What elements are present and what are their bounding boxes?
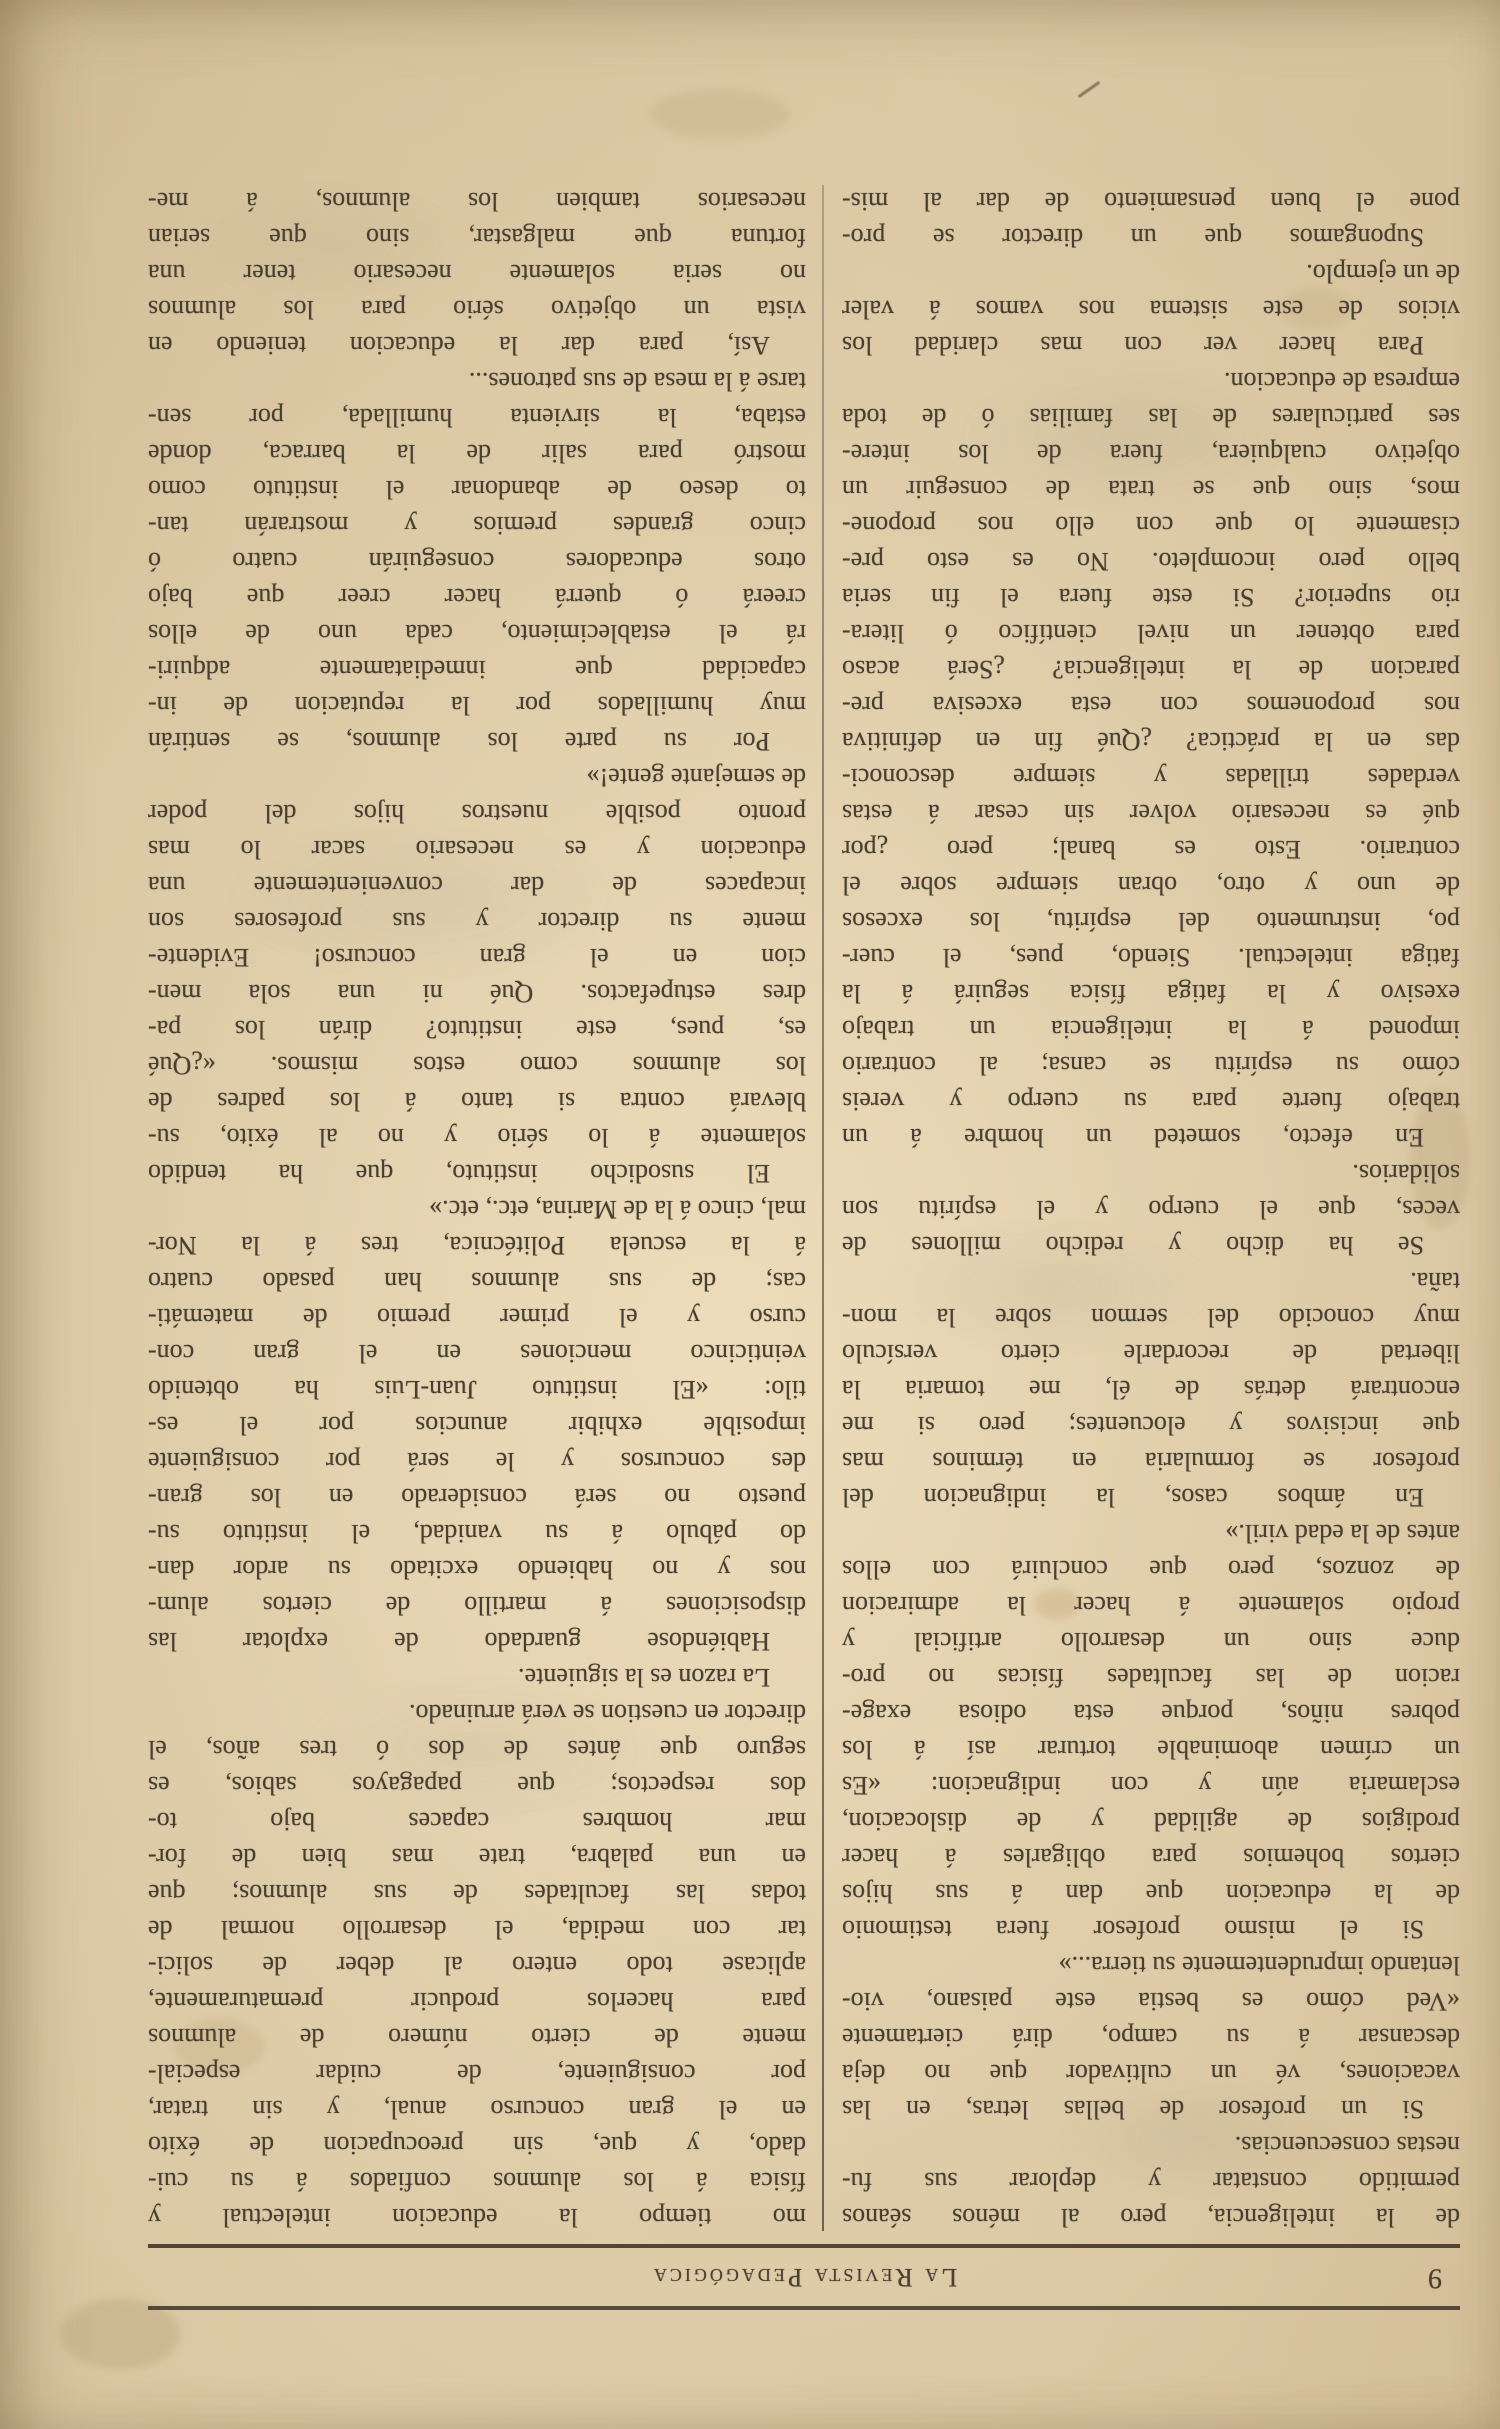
text-line: veces, que el cuerpo y el espíritu son: [842, 1191, 1460, 1227]
text-line: Por su parte los alumnos, se sentirán: [148, 723, 806, 759]
text-line: do pábulo á su vanidad, el instituto su-: [148, 1515, 806, 1551]
text-line: tilo: «El instituto Juan-Luis ha obtenid…: [148, 1371, 806, 1407]
text-line: dado, y que, sin preocupacion de éxito: [148, 2127, 806, 2163]
text-line: á la escuela Politécnica, tres á la Nor-: [148, 1227, 806, 1263]
text-line: imposible exhibir anuncios por el es-: [148, 1407, 806, 1443]
text-line: prodigios de agilidad y de dislocacion,: [842, 1803, 1460, 1839]
text-line: aplicase todo entero al deber de solici-: [148, 1947, 806, 1983]
text-line: en el gran concurso anual, y sin tratar,: [148, 2091, 806, 2127]
text-line: das en la práctica? ¿Qué fin en definiti…: [842, 723, 1460, 759]
text-line: dos respectos; que papagayos sabios, es: [148, 1767, 806, 1803]
text-line: paracion de la inteligencia? ¿Será acaso: [842, 651, 1460, 687]
column-divider-rule: [806, 183, 842, 2235]
text-line: seguro que ántes de dos ó tres años, el: [148, 1731, 806, 1767]
text-line: La razon es la siguiente.: [148, 1659, 806, 1695]
text-line: po, instrumento del espíritu, los exceso…: [842, 903, 1460, 939]
page-body: de la inteligencia, pero al ménos séanos…: [148, 183, 1460, 2235]
text-line: nos proponemos con esta excesiva pre-: [842, 687, 1460, 723]
text-line: por consiguiente, de cuidar especial-: [148, 2055, 806, 2091]
text-line: tar con medida, el desarrollo normal de: [148, 1911, 806, 1947]
ink-mark: [1077, 81, 1100, 98]
text-column-left: de la inteligencia, pero al ménos séanos…: [842, 183, 1460, 2235]
text-line: Se ha dicho y redicho millones de: [842, 1227, 1460, 1263]
text-line: ses particulares de las familias ó de to…: [842, 399, 1460, 435]
text-line: un crímen abominable torturar así á los: [842, 1731, 1460, 1767]
text-line: de la educacion que dan á sus hijos: [842, 1875, 1460, 1911]
text-line: cisamente lo que con ello nos propone-: [842, 507, 1460, 543]
text-line: profesor se formularia en términos mas: [842, 1443, 1460, 1479]
journal-title: La Revista Pedagógica: [651, 2262, 957, 2292]
text-line: libertad de recordarle cierto versículo: [842, 1335, 1460, 1371]
text-line: tarse á la mesa de sus patrones...: [148, 363, 806, 399]
text-line: cómo su espíritu se cansa; al contrario: [842, 1047, 1460, 1083]
text-line: que incisivos y elocuentes; pero si me: [842, 1407, 1460, 1443]
text-line: mo tiempo la educacion intelectual y: [148, 2199, 806, 2235]
text-line: cas; de sus alumnos han pasado cuatro: [148, 1263, 806, 1299]
text-line: muy conocido del sermon sobre la mon-: [842, 1299, 1460, 1335]
text-line: de zonzos, pero que concluirá con ellos: [842, 1551, 1460, 1587]
text-line: nos y no habiendo excitado su ardor dan-: [148, 1551, 806, 1587]
text-line: antes de la edad viril.»: [842, 1515, 1460, 1551]
text-line: director en cuestion se verá arruinado.: [148, 1695, 806, 1731]
text-line: otros educadores conseguirán cuatro ó: [148, 543, 806, 579]
text-line: ciertos bohemios para obligarles á hacer: [842, 1839, 1460, 1875]
text-line: descansar á su campo, dirá ciertamente: [842, 2019, 1460, 2055]
text-line: de semejante gente!»: [148, 759, 806, 795]
text-line: Si un profesor de bellas letras, en las: [842, 2091, 1460, 2127]
text-line: puesto no será considerado en los gran-: [148, 1479, 806, 1515]
text-line: nestas consecuencias.: [842, 2127, 1460, 2163]
text-line: bello pero incompleto. No es esto pre-: [842, 543, 1460, 579]
text-line: de un ejemplo.: [842, 255, 1460, 291]
text-line: blevará contra si tanto á los padres de: [148, 1083, 806, 1119]
text-line: taña.: [842, 1263, 1460, 1299]
text-line: vacaciones, vé un cultivador que no deja: [842, 2055, 1460, 2091]
text-line: exesivo y la fatiga física seguirá á la: [842, 975, 1460, 1011]
text-line: mos, sino que se trata de conseguir un: [842, 471, 1460, 507]
text-line: mente su director y sus profesores son: [148, 903, 806, 939]
text-line: todas las facultades de sus alumnos; que: [148, 1875, 806, 1911]
text-line: no seria solamente necesario tener una: [148, 255, 806, 291]
text-line: rá el establecimiento, cada uno de ellos: [148, 615, 806, 651]
text-line: cion en el gran concurso! Evidente-: [148, 939, 806, 975]
text-line: mostró para salir de la barraca, donde: [148, 435, 806, 471]
text-line: imponed á la inteligencia un trabajo: [842, 1011, 1460, 1047]
text-line: solamente á lo sério y no al éxito, su-: [148, 1119, 806, 1155]
text-line: racion de las facultades físicas no pro-: [842, 1659, 1460, 1695]
text-line: necesarios tambien los alumnos, á me-: [148, 183, 806, 219]
text-line: creerá ó querrá hacer creer que bajo: [148, 579, 806, 615]
text-line: pone el buen pensamiento de dar al mis-: [842, 183, 1460, 219]
paper-stain: [650, 89, 790, 139]
text-line: curso y el primer premio de matemáti-: [148, 1299, 806, 1335]
text-line: El susodicho instituto, que ha tendido: [148, 1155, 806, 1191]
page-number: 9: [1428, 2262, 1442, 2294]
text-line: contrario. Esto es banal; pero ¿por: [842, 831, 1460, 867]
text-line: muy humillados por la reputacion de in-: [148, 687, 806, 723]
text-line: incapaces de dar convenientemente una: [148, 867, 806, 903]
text-line: disposiciones á martillo de ciertos alum…: [148, 1587, 806, 1623]
text-line: verdades trilladas y siempre desconoci-: [842, 759, 1460, 795]
text-line: veinticinco menciones en el gran con-: [148, 1335, 806, 1371]
text-line: lentando imprudentemente su tierra...»: [842, 1947, 1460, 1983]
text-line: to deseo de abandonar el instituto como: [148, 471, 806, 507]
text-line: Si el mismo profesor fuera testimonio: [842, 1911, 1460, 1947]
text-line: Supongamos que un director se pro-: [842, 219, 1460, 255]
scan-viewport: 9 La Revista Pedagógica de la inteligenc…: [0, 0, 1500, 2429]
text-line: des concursos y le será por consiguiente: [148, 1443, 806, 1479]
print-area: 9 La Revista Pedagógica de la inteligenc…: [148, 2244, 1460, 2429]
text-line: qué es necesario volver sin cesar á esta…: [842, 795, 1460, 831]
text-line: vicios de este sistema nos vamos á valer: [842, 291, 1460, 327]
text-line: educacion y es necesario sacar lo mas: [148, 831, 806, 867]
text-line: de la inteligencia, pero al ménos séanos: [842, 2199, 1460, 2235]
text-line: los alumnos como estos mismos. «¿Qué: [148, 1047, 806, 1083]
text-line: Habiéndose guardado de explotar las: [148, 1623, 806, 1659]
text-line: Así, para dar la educacion teniendo en: [148, 327, 806, 363]
text-line: fatiga intelectual. Siendo, pues, el cue…: [842, 939, 1460, 975]
text-line: permitido constatar y deplorar sus fu-: [842, 2163, 1460, 2199]
text-line: cinco grandes premios y mostrarán tan-: [148, 507, 806, 543]
text-line: de uno y otro, obran siempre sobre el: [842, 867, 1460, 903]
text-line: objetivo cualquiera, fuera de los intere…: [842, 435, 1460, 471]
text-line: duce sino un desarrollo artificial y: [842, 1623, 1460, 1659]
text-line: mal, cinco á la de Marina, etc., etc.»: [148, 1191, 806, 1227]
page-header: 9 La Revista Pedagógica: [148, 2244, 1460, 2310]
text-line: esclamaria aún y con indignacion: «Es: [842, 1767, 1460, 1803]
text-line: pobres niños, porque esta odiosa exage-: [842, 1695, 1460, 1731]
text-line: en una palabra, trate mas bien de for-: [148, 1839, 806, 1875]
text-line: solidarios.: [842, 1155, 1460, 1191]
text-line: vista un objetivo sério para los alumnos: [148, 291, 806, 327]
text-line: dres estupefactos. Qué ni una sola men-: [148, 975, 806, 1011]
text-line: estaba, la sirvienta humillada, por sen-: [148, 399, 806, 435]
text-line: física á los alumnos confiados á su cui-: [148, 2163, 806, 2199]
text-line: pronto posible nuestros hijos del poder: [148, 795, 806, 831]
text-line: propio solamente á hacer la admiracion: [842, 1587, 1460, 1623]
text-line: empresa de educacion.: [842, 363, 1460, 399]
text-line: mente de cierto número de alumnos: [148, 2019, 806, 2055]
text-line: trabajo fuerte para su cuerpo y vereis: [842, 1083, 1460, 1119]
text-line: fortuna que malgastar, sino que serian: [148, 219, 806, 255]
text-line: es, pues, este instituto? dirán los pa-: [148, 1011, 806, 1047]
scanned-page-rotated-180: 9 La Revista Pedagógica de la inteligenc…: [0, 0, 1500, 2429]
text-column-right: mo tiempo la educacion intelectual yfísi…: [148, 183, 806, 2235]
text-line: rio superior? Si este fuera el fin seria: [842, 579, 1460, 615]
text-line: capacidad que inmediatamente adquiri-: [148, 651, 806, 687]
text-line: En ámbos casos, la indignacion del: [842, 1479, 1460, 1515]
text-line: para obtener un nivel científico ó liter…: [842, 615, 1460, 651]
text-line: Para hacer ver con mas claridad los: [842, 327, 1460, 363]
text-line: «Ved cómo es bestia este paisano, vio-: [842, 1983, 1460, 2019]
text-line: para hacerlos producir prematuramente,: [148, 1983, 806, 2019]
text-line: En efecto, someted un hombre á un: [842, 1119, 1460, 1155]
text-line: mar hombres capaces bajo to-: [148, 1803, 806, 1839]
text-line: encontrará detrás de él, me tomaria la: [842, 1371, 1460, 1407]
